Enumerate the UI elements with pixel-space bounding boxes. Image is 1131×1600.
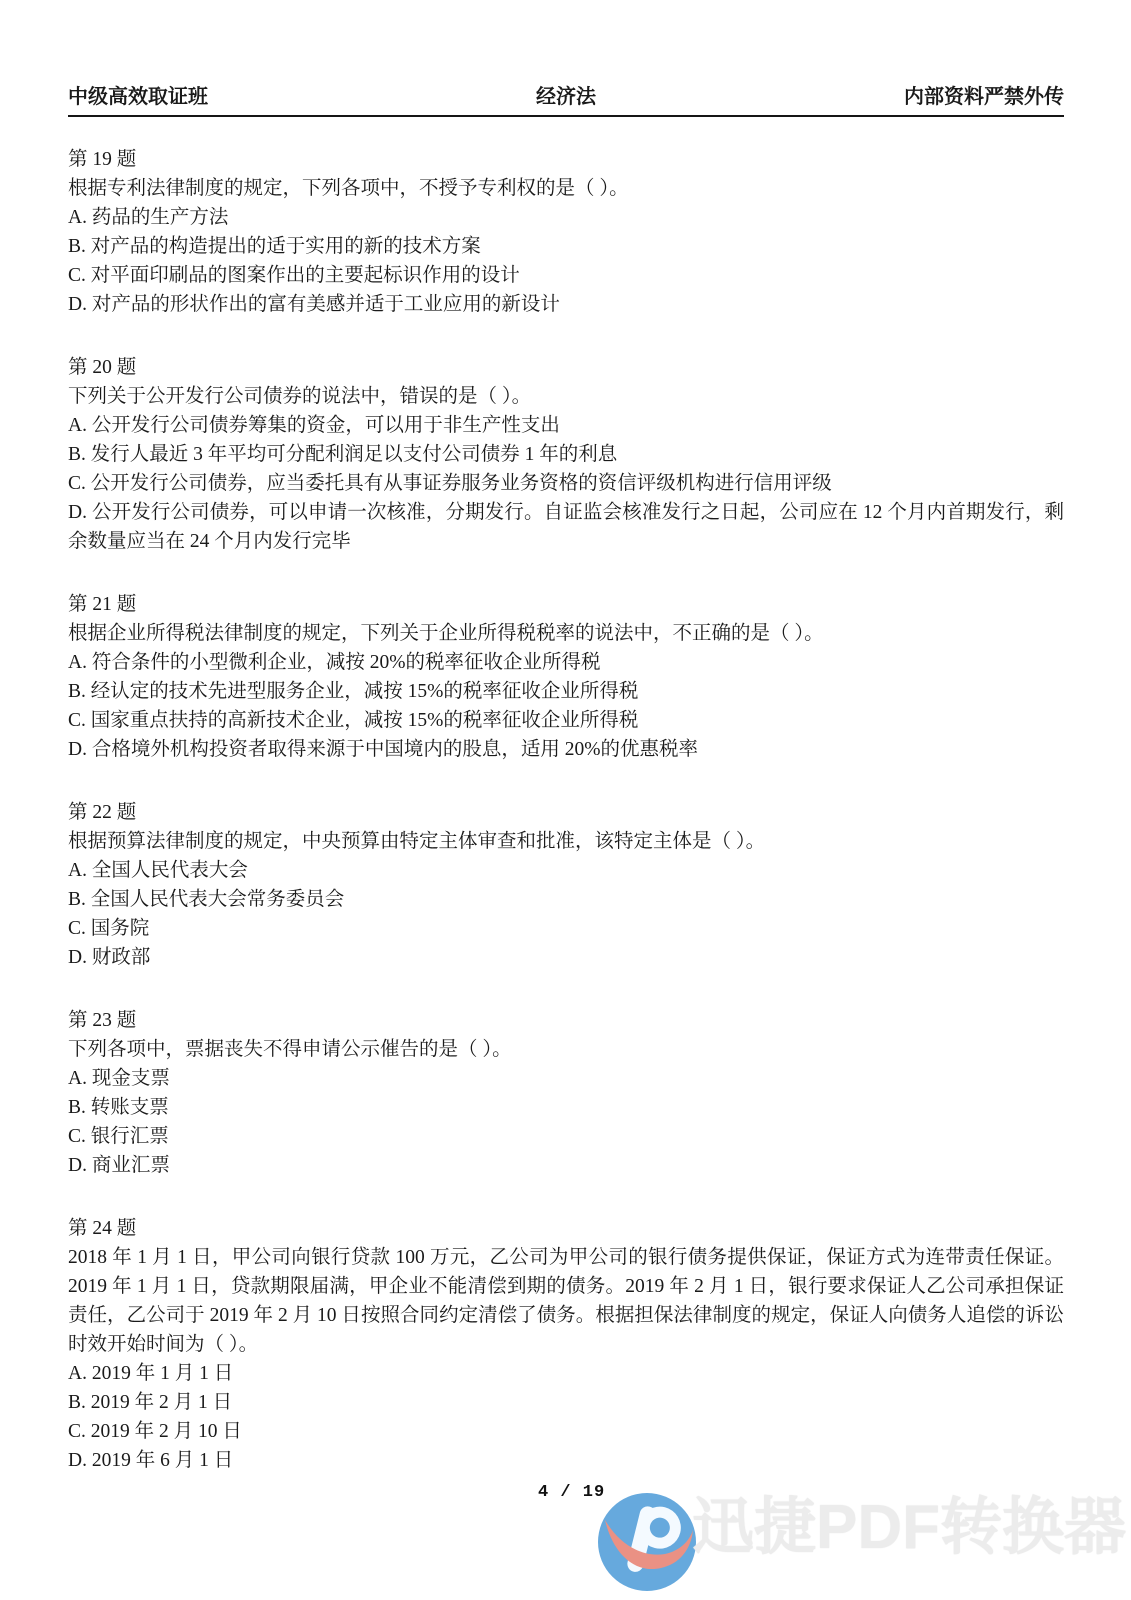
question-option-a: A. 2019 年 1 月 1 日 xyxy=(68,1359,1064,1388)
question-number: 第 23 题 xyxy=(68,1006,1064,1035)
question-option-a: A. 现金支票 xyxy=(68,1064,1064,1093)
question-option-c: C. 银行汇票 xyxy=(68,1122,1064,1151)
question-option-c: C. 2019 年 2 月 10 日 xyxy=(68,1417,1064,1446)
question-20: 第 20 题 下列关于公开发行公司债券的说法中，错误的是（ ）。 A. 公开发行… xyxy=(68,353,1064,556)
header-course-label: 中级高效取证班 xyxy=(68,86,208,108)
pdf-converter-logo-icon xyxy=(597,1492,697,1592)
question-number: 第 24 题 xyxy=(68,1214,1064,1243)
question-option-d: D. 2019 年 6 月 1 日 xyxy=(68,1446,1064,1475)
question-number: 第 21 题 xyxy=(68,590,1064,619)
header-subject-label: 经济法 xyxy=(536,86,596,108)
questions-area: 第 19 题 根据专利法律制度的规定，下列各项中，不授予专利权的是（ ）。 A.… xyxy=(68,145,1064,1509)
question-option-b: B. 全国人民代表大会常务委员会 xyxy=(68,885,1064,914)
question-stem: 根据预算法律制度的规定，中央预算由特定主体审查和批准，该特定主体是（ ）。 xyxy=(68,827,1064,856)
question-option-d: D. 财政部 xyxy=(68,943,1064,972)
question-stem: 根据专利法律制度的规定，下列各项中，不授予专利权的是（ ）。 xyxy=(68,174,1064,203)
question-option-d: D. 对产品的形状作出的富有美感并适于工业应用的新设计 xyxy=(68,290,1064,319)
question-option-b: B. 对产品的构造提出的适于实用的新的技术方案 xyxy=(68,232,1064,261)
question-option-c: C. 国务院 xyxy=(68,914,1064,943)
question-option-b: B. 2019 年 2 月 1 日 xyxy=(68,1388,1064,1417)
question-number: 第 20 题 xyxy=(68,353,1064,382)
question-option-c: C. 国家重点扶持的高新技术企业，减按 15%的税率征收企业所得税 xyxy=(68,706,1064,735)
question-option-d: D. 合格境外机构投资者取得来源于中国境内的股息，适用 20%的优惠税率 xyxy=(68,735,1064,764)
question-21: 第 21 题 根据企业所得税法律制度的规定，下列关于企业所得税税率的说法中，不正… xyxy=(68,590,1064,764)
question-option-a: A. 公开发行公司债券筹集的资金，可以用于非生产性支出 xyxy=(68,411,1064,440)
page-number: 4 / 19 xyxy=(538,1483,605,1502)
question-option-b: B. 转账支票 xyxy=(68,1093,1064,1122)
question-option-c: C. 对平面印刷品的图案作出的主要起标识作用的设计 xyxy=(68,261,1064,290)
watermark-brand-text: 迅捷PDF转换器 xyxy=(692,1497,1126,1559)
question-22: 第 22 题 根据预算法律制度的规定，中央预算由特定主体审查和批准，该特定主体是… xyxy=(68,798,1064,972)
question-stem: 下列关于公开发行公司债券的说法中，错误的是（ ）。 xyxy=(68,382,1064,411)
question-option-a: A. 符合条件的小型微利企业，减按 20%的税率征收企业所得税 xyxy=(68,648,1064,677)
question-24: 第 24 题 2018 年 1 月 1 日，甲公司向银行贷款 100 万元，乙公… xyxy=(68,1214,1064,1475)
question-option-c: C. 公开发行公司债券，应当委托具有从事证券服务业务资格的资信评级机构进行信用评… xyxy=(68,469,1064,498)
question-stem: 下列各项中，票据丧失不得申请公示催告的是（ ）。 xyxy=(68,1035,1064,1064)
question-option-b: B. 经认定的技术先进型服务企业，减按 15%的税率征收企业所得税 xyxy=(68,677,1064,706)
question-option-a: A. 药品的生产方法 xyxy=(68,203,1064,232)
question-option-d: D. 公开发行公司债券，可以申请一次核准，分期发行。自证监会核准发行之日起，公司… xyxy=(68,498,1064,556)
question-23: 第 23 题 下列各项中，票据丧失不得申请公示催告的是（ ）。 A. 现金支票 … xyxy=(68,1006,1064,1180)
question-option-a: A. 全国人民代表大会 xyxy=(68,856,1064,885)
question-stem: 2018 年 1 月 1 日，甲公司向银行贷款 100 万元，乙公司为甲公司的银… xyxy=(68,1243,1064,1359)
question-option-b: B. 发行人最近 3 年平均可分配利润足以支付公司债券 1 年的利息 xyxy=(68,440,1064,469)
question-option-d: D. 商业汇票 xyxy=(68,1151,1064,1180)
question-number: 第 22 题 xyxy=(68,798,1064,827)
question-number: 第 19 题 xyxy=(68,145,1064,174)
question-19: 第 19 题 根据专利法律制度的规定，下列各项中，不授予专利权的是（ ）。 A.… xyxy=(68,145,1064,319)
header-confidential-label: 内部资料严禁外传 xyxy=(904,86,1064,108)
exam-page: { "header": { "left": "中级高效取证班", "center… xyxy=(0,0,1131,1600)
page-header: 中级高效取证班 经济法 内部资料严禁外传 xyxy=(68,86,1064,117)
question-stem: 根据企业所得税法律制度的规定，下列关于企业所得税税率的说法中，不正确的是（ ）。 xyxy=(68,619,1064,648)
